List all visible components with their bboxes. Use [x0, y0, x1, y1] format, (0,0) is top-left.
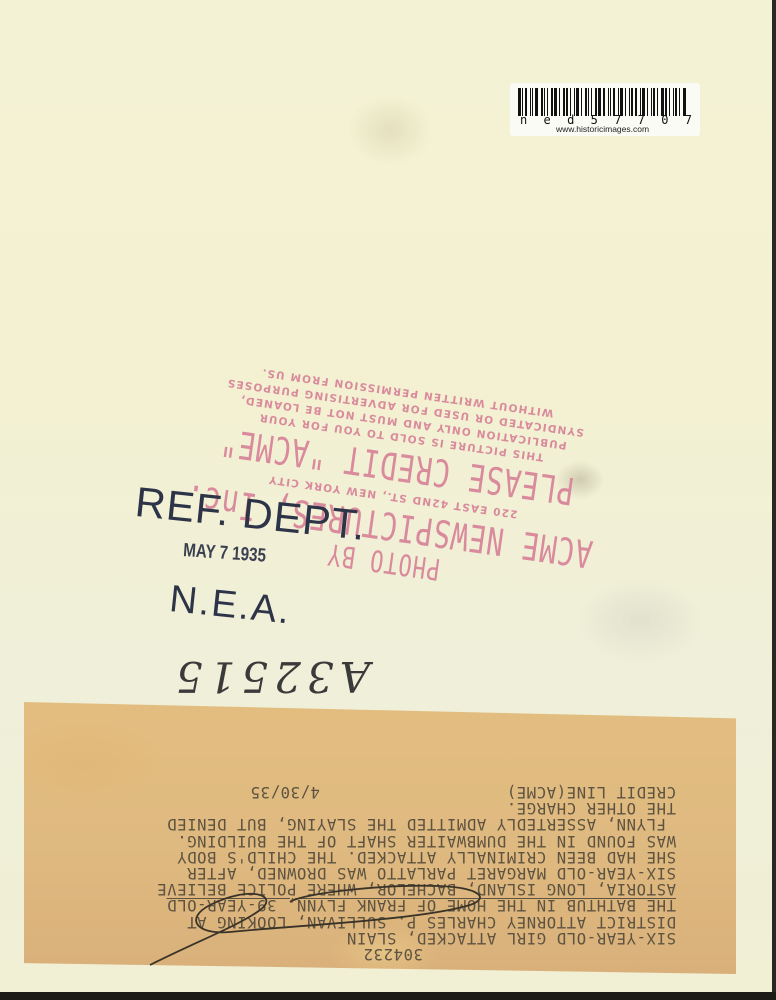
- caption-number: 304232: [100, 946, 686, 962]
- scan-edge-bottom: [0, 992, 776, 1000]
- caption-line: WAS FOUND IN THE DUMBWAITER SHAFT OF THE…: [100, 832, 676, 848]
- handwritten-code: A32515: [170, 652, 370, 701]
- caption-line: THE BATHTUB IN THE HOME OF FRANK FLYNN, …: [100, 897, 676, 913]
- barcode-bars: [518, 88, 692, 116]
- caption-line: SIX-YEAR-OLD MARGARET PARLATTO WAS DROWN…: [100, 865, 676, 881]
- caption-line: SIX-YEAR-OLD GIRL ATTACKED, SLAIN: [100, 930, 676, 946]
- barcode-label: n e d 5 7 7 0 7 www.historicimages.com: [510, 83, 700, 136]
- caption-line: ASTORIA, LONG ISLAND, BACHELOR, WHERE PO…: [100, 881, 676, 897]
- caption-footer: CREDIT LINE(ACME) 4/30/35: [100, 784, 676, 800]
- caption-credit: CREDIT LINE(ACME): [506, 784, 676, 800]
- caption-line: FLYNN, ASSERTEDLY ADMITTED THE SLAYING, …: [100, 816, 676, 832]
- caption-date: 4/30/35: [250, 784, 320, 800]
- caption-text: 304232 SIX-YEAR-OLD GIRL ATTACKED, SLAIN…: [100, 742, 676, 962]
- caption-line: THE OTHER CHARGE.: [100, 800, 676, 816]
- caption-line: DISTRICT ATTORNEY CHARLES P. SULLIVAN, L…: [100, 913, 676, 929]
- caption-line: SHE HAD BEEN CRIMINALLY ATTACKED. THE CH…: [100, 849, 676, 865]
- scan-edge-right: [772, 0, 776, 1000]
- barcode-url: www.historicimages.com: [556, 124, 649, 134]
